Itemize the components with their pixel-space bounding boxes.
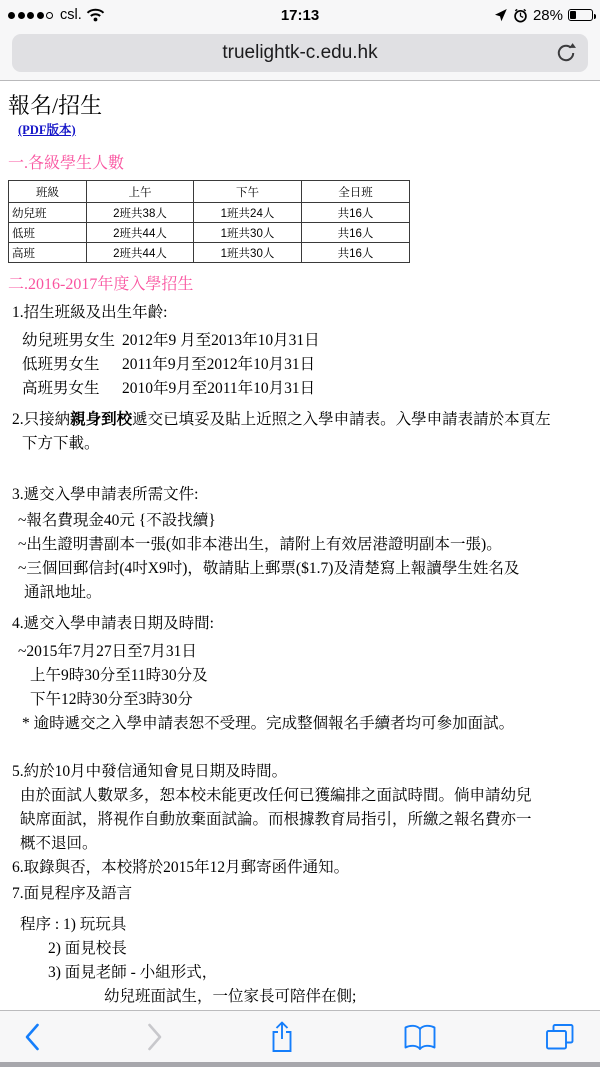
doc-line: ~報名費現金40元 {不設找續} (18, 509, 600, 533)
section1-heading: 一.各級學生人數 (8, 153, 600, 175)
table-header-fullday: 全日班 (302, 181, 410, 203)
doc-line: ~出生證明書副本一張(如非本港出生，請附上有效居港證明副本一張)。 (18, 533, 600, 557)
web-page-content[interactable]: 報名/招生 (PDF版本) 一.各級學生人數 班級 上午 下午 全日班 幼兒班 … (0, 82, 600, 1009)
age-row-range: 2012年9 月至2013年10月31日 (122, 329, 320, 353)
item1-heading: 1.招生班級及出生年齡: (12, 301, 600, 325)
share-button[interactable] (269, 1020, 295, 1054)
safari-browser-screen: csl. 17:13 28% (0, 0, 600, 1067)
table-header-am: 上午 (87, 181, 194, 203)
table-cell: 共16人 (302, 223, 410, 243)
procedure-step3: 3) 面見老師 - 小組形式， (48, 961, 600, 985)
table-cell: 低班 (9, 223, 87, 243)
doc-line-cont: 通訊地址。 (24, 581, 600, 605)
back-chevron-icon (24, 1022, 40, 1052)
table-cell: 高班 (9, 243, 87, 263)
doc-line: ~三個回郵信封(4吋X9吋)，敬請貼上郵票($1.7)及清楚寫上報讀學生姓名及 (18, 557, 600, 581)
table-row: 高班 2班共44人 1班共30人 共16人 (9, 243, 410, 263)
procedure-step1: 程序 : 1) 玩玩具 (20, 913, 600, 937)
age-row: 低班男女生 2011年9月至2012年10月31日 (22, 353, 600, 377)
share-icon (269, 1020, 295, 1054)
table-header-pm: 下午 (194, 181, 302, 203)
item4-schedule: ~2015年7月27日至7月31日 上午9時30分至11時30分及 下午12時3… (18, 640, 600, 736)
table-cell: 1班共30人 (194, 243, 302, 263)
alarm-clock-icon (513, 8, 528, 23)
procedure-step3-detail1: 幼兒班面試生，一位家長可陪伴在側; (104, 985, 600, 1009)
item3-heading: 3.遞交入學申請表所需文件: (12, 483, 600, 507)
schedule-pm: 下午12時30分至3時30分 (30, 688, 600, 712)
battery-percent: 28% (533, 7, 563, 24)
table-cell: 1班共30人 (194, 223, 302, 243)
screen-bottom-edge (0, 1062, 600, 1067)
url-text: truelightk-c.edu.hk (222, 42, 377, 64)
item7-heading: 7.面見程序及語言 (12, 882, 600, 906)
item1-age-list: 幼兒班男女生 2012年9 月至2013年10月31日 低班男女生 2011年9… (22, 329, 600, 401)
age-row: 幼兒班男女生 2012年9 月至2013年10月31日 (22, 329, 600, 353)
table-header-class: 班級 (9, 181, 87, 203)
address-bar[interactable]: truelightk-c.edu.hk (12, 34, 588, 72)
table-cell: 共16人 (302, 243, 410, 263)
reload-button[interactable] (555, 42, 577, 64)
table-cell: 1班共24人 (194, 203, 302, 223)
table-cell: 2班共38人 (87, 203, 194, 223)
item4-heading: 4.遞交入學申請表日期及時間: (12, 612, 600, 636)
schedule-am: 上午9時30分至11時30分及 (30, 664, 600, 688)
age-row-label: 高班男女生 (22, 377, 122, 401)
back-button[interactable] (24, 1022, 40, 1052)
status-right: 28% (494, 0, 593, 30)
item5-paragraph: 由於面試人數眾多，恕本校未能更改任何已獲編排之面試時間。倘申請幼兒 缺席面試，將… (20, 784, 600, 856)
table-row: 幼兒班 2班共38人 1班共24人 共16人 (9, 203, 410, 223)
age-row-range: 2010年9月至2011年10月31日 (122, 377, 315, 401)
bookmarks-button[interactable] (402, 1023, 438, 1051)
forward-button[interactable] (147, 1022, 163, 1052)
tabs-icon (544, 1022, 576, 1052)
status-bar: csl. 17:13 28% (0, 0, 600, 30)
item3-document-list: ~報名費現金40元 {不設找續} ~出生證明書副本一張(如非本港出生，請附上有效… (18, 509, 600, 605)
battery-icon (568, 9, 593, 21)
pdf-version-link[interactable]: (PDF版本) (18, 123, 76, 138)
procedure-step2: 2) 面見校長 (48, 937, 600, 961)
schedule-note: * 逾時遞交之入學申請表恕不受理。完成整個報名手續者均可參加面試。 (22, 712, 600, 736)
forward-chevron-icon (147, 1022, 163, 1052)
table-cell: 幼兒班 (9, 203, 87, 223)
students-count-table: 班級 上午 下午 全日班 幼兒班 2班共38人 1班共24人 共16人 低班 2… (8, 180, 410, 263)
safari-bottom-toolbar (0, 1010, 600, 1062)
age-row-label: 幼兒班男女生 (22, 329, 122, 353)
tabs-button[interactable] (544, 1022, 576, 1052)
age-row-label: 低班男女生 (22, 353, 122, 377)
item2-line2: 下方下載。 (22, 432, 600, 456)
location-arrow-icon (494, 8, 508, 22)
age-row: 高班男女生 2010年9月至2011年10月31日 (22, 377, 600, 401)
item2-paragraph: 2.只接納親身到校遞交已填妥及貼上近照之入學申請表。入學申請表請於本頁左 下方下… (12, 408, 600, 456)
table-row: 低班 2班共44人 1班共30人 共16人 (9, 223, 410, 243)
item5-heading: 5.約於10月中發信通知會見日期及時間。 (12, 760, 600, 784)
item6-paragraph: 6.取錄與否，本校將於2015年12月郵寄函件通知。 (12, 856, 600, 880)
browser-chrome: csl. 17:13 28% (0, 0, 600, 81)
table-cell: 2班共44人 (87, 243, 194, 263)
table-cell: 2班共44人 (87, 223, 194, 243)
table-cell: 共16人 (302, 203, 410, 223)
section2-heading: 二.2016-2017年度入學招生 (8, 274, 600, 296)
page-title: 報名/招生 (8, 91, 600, 121)
schedule-dates: ~2015年7月27日至7月31日 (18, 640, 600, 664)
age-row-range: 2011年9月至2012年10月31日 (122, 353, 315, 377)
open-book-icon (402, 1023, 438, 1051)
bold-in-person: 親身到校 (70, 411, 132, 428)
